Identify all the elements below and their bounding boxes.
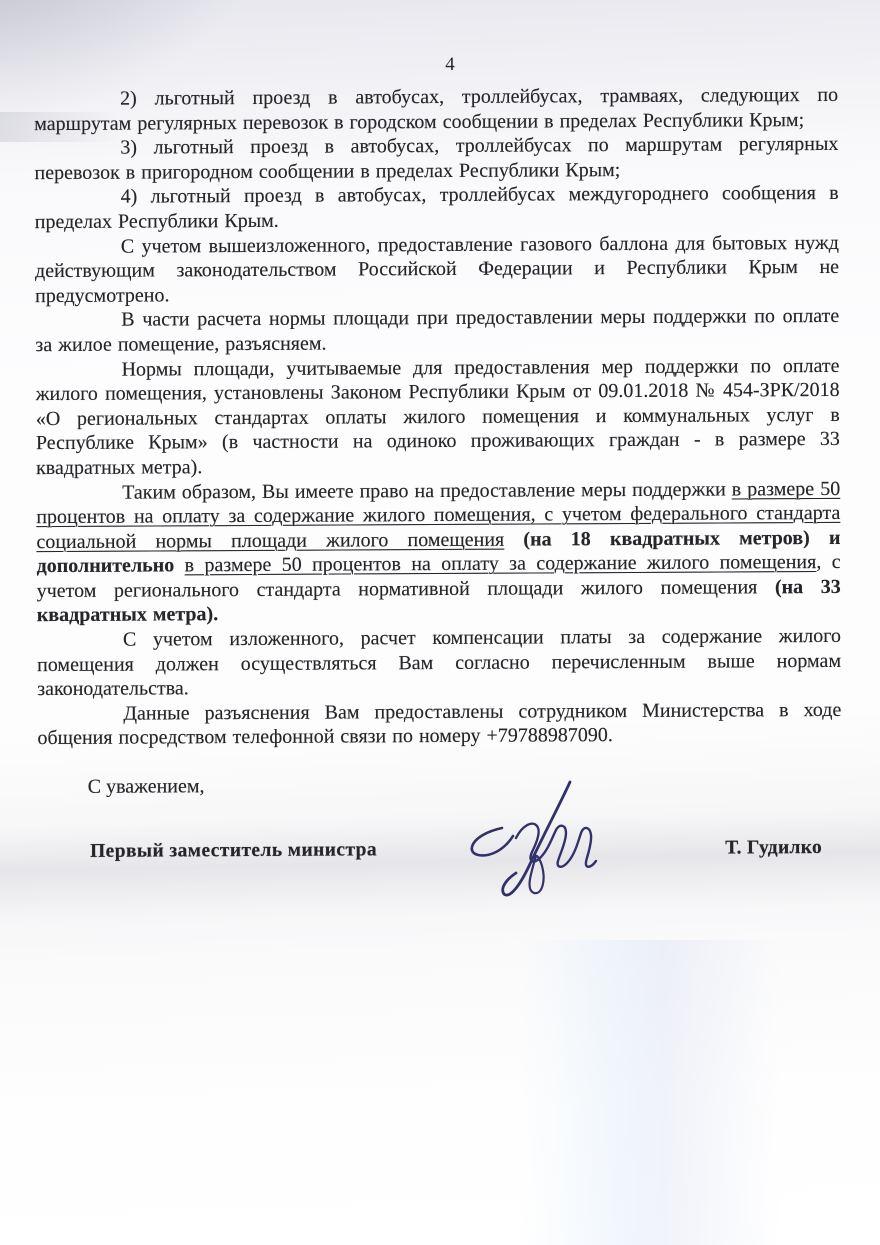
signature-row: Первый заместитель министра Т. Гудилко xyxy=(38,837,842,863)
paragraph: 2) льготный проезд в автобусах, троллейб… xyxy=(34,83,838,136)
paragraph: Данные разъяснения Вам предоставлены сот… xyxy=(37,698,841,751)
text-run: в размере 50 процентов на оплату за соде… xyxy=(185,551,817,576)
text-run xyxy=(174,555,184,577)
paragraph: С учетом изложенного, расчет компенсации… xyxy=(37,624,841,702)
signature-stroke-descender xyxy=(530,856,544,893)
paragraph: Нормы площади, учитываемые для предостав… xyxy=(35,353,840,480)
document-content: 4 2) льготный проезд в автобусах, тролле… xyxy=(34,52,842,863)
signer-title: Первый заместитель министра xyxy=(90,839,377,863)
text-run: 4) льготный проезд в автобусах, троллейб… xyxy=(35,182,839,233)
text-run: Данные разъяснения Вам предоставлены сот… xyxy=(37,699,841,750)
text-run: С учетом вышеизложенного, предоставление… xyxy=(35,231,839,306)
text-run: Таким образом, Вы имеете право на предос… xyxy=(122,478,732,503)
closing-salutation: С уважением, xyxy=(38,772,842,799)
paragraph: 4) льготный проезд в автобусах, троллейб… xyxy=(35,181,839,234)
page-number: 4 xyxy=(34,52,838,78)
text-run: В части расчета нормы площади при предос… xyxy=(35,305,839,356)
scanned-page: 4 2) льготный проезд в автобусах, тролле… xyxy=(0,0,880,1245)
paragraph: В части расчета нормы площади при предос… xyxy=(35,304,839,357)
document-body: 2) льготный проезд в автобусах, троллейб… xyxy=(34,83,841,751)
text-run: С учетом изложенного, расчет компенсации… xyxy=(37,625,841,700)
text-run xyxy=(504,528,523,550)
scan-streak xyxy=(520,940,780,1245)
text-run: 3) льготный проезд в автобусах, троллейб… xyxy=(34,133,838,184)
paragraph: 3) льготный проезд в автобусах, троллейб… xyxy=(34,132,838,185)
text-run: 2) льготный проезд в автобусах, троллейб… xyxy=(34,84,838,135)
text-run: Нормы площади, учитываемые для предостав… xyxy=(36,354,840,479)
paragraph: Таким образом, Вы имеете право на предос… xyxy=(36,476,841,628)
signer-name: Т. Гудилко xyxy=(725,837,822,860)
paragraph: С учетом вышеизложенного, предоставление… xyxy=(35,230,839,308)
